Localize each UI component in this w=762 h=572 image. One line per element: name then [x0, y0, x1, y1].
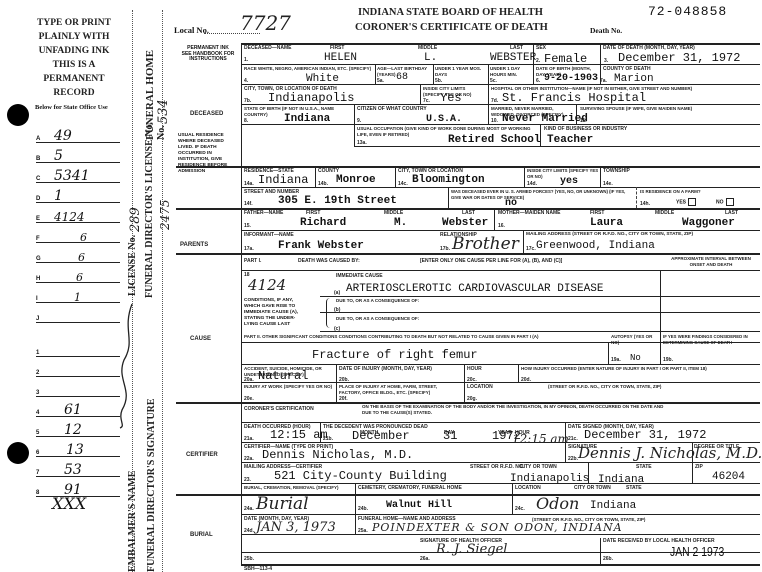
office-row-2: 2 — [36, 362, 120, 377]
coroner-cert-label: CORONER'S CERTIFICATION — [244, 406, 314, 412]
pronounced-day-value: 31 — [443, 430, 457, 442]
item-number: 14c. — [398, 181, 408, 187]
divider — [354, 104, 355, 146]
item-number: 16. — [498, 223, 505, 229]
city-or-town-label: CITY OR TOWN — [520, 464, 557, 470]
place-of-injury-label: PLACE OF INJURY AT HOME, FARM, STREET, F… — [339, 384, 459, 396]
item-number: 19b. — [663, 357, 673, 363]
citizen-value: U.S.A. — [426, 114, 462, 126]
county-of-death-label: COUNTY OF DEATH — [603, 66, 651, 72]
rule — [242, 382, 760, 383]
death-caused-by-label: DEATH WAS CAUSED BY: — [298, 258, 360, 264]
divider — [315, 166, 316, 187]
item-number: 8. — [244, 118, 248, 124]
state-label-2: STATE — [626, 485, 642, 491]
office-row-a: A49 — [36, 128, 120, 143]
item-number: 9. — [357, 118, 361, 124]
item-number: 11. — [580, 118, 587, 124]
death-no-value: 72-048858 — [648, 4, 727, 19]
rule — [242, 364, 760, 365]
item-number: 26b. — [603, 556, 613, 562]
township-label: TOWNSHIP — [603, 168, 630, 174]
location-label: LOCATION — [467, 384, 493, 390]
row-key: I — [36, 296, 38, 302]
date-signed-value: December 31, 1972 — [584, 429, 706, 441]
item-number: 21c. — [568, 436, 578, 442]
item-number: (a) — [334, 290, 340, 296]
item-number: 26a. — [420, 556, 430, 562]
item-number: 14d. — [527, 181, 537, 187]
item-number: 14h. — [640, 201, 650, 207]
office-row-c: C5341 — [36, 168, 120, 183]
instructions-block: TYPE OR PRINT PLAINLY WITH UNFADING INK … — [34, 16, 114, 100]
mailing-address-label: MAILING ADDRESS (STREET OR R.F.D. NO., C… — [526, 232, 693, 238]
office-row-b: B5 — [36, 148, 120, 163]
item-number: 15. — [244, 223, 251, 229]
residence-inside-city-value: yes — [560, 176, 578, 188]
item-number: 7b. — [244, 98, 251, 104]
checkbox[interactable] — [726, 198, 734, 206]
note-line: LYING CAUSE LAST — [244, 322, 298, 328]
item-number: 25b. — [244, 556, 254, 562]
state-label: STATE — [636, 464, 652, 470]
rule — [242, 270, 760, 271]
pronounced-hour-value: 12:15 am — [512, 432, 569, 446]
form-number: SBH—113-4 — [244, 566, 272, 572]
occupation-value: Retired School Teacher — [448, 134, 593, 146]
divider — [494, 208, 495, 230]
office-row-j: J — [36, 308, 120, 323]
how-injury-label: HOW INJURY OCCURRED (ENTER NATURE OF INJ… — [521, 366, 721, 372]
divider — [608, 342, 609, 364]
item-number: 20d. — [521, 377, 531, 383]
no-label: NO — [716, 199, 724, 205]
divider — [375, 64, 376, 84]
street-rfd-label: STREET OR R.F.D. NO. — [470, 464, 524, 470]
cemetery-city-value: Odon — [536, 494, 579, 513]
item-number: (c) — [334, 326, 340, 332]
divider — [523, 230, 524, 253]
office-trailer: XXX — [52, 494, 86, 513]
row-value: 6 — [78, 251, 85, 264]
item-number: 4. — [244, 78, 248, 84]
age-value: 68 — [396, 72, 408, 84]
code-note-value: 4124 — [248, 276, 286, 294]
item-number: 19a. — [611, 357, 621, 363]
divider — [395, 166, 396, 187]
row-key: 3 — [36, 390, 39, 396]
rule — [320, 296, 760, 297]
under-1-day-label: UNDER 1 DAY HOURS MIN. — [490, 66, 532, 78]
street-value: 305 E. 19th Street — [278, 195, 397, 207]
sex-value: Female — [544, 53, 587, 65]
mother-first-label: FIRST — [590, 210, 604, 216]
office-row-e: E4124 — [36, 208, 120, 223]
item-number: 1. — [244, 57, 248, 63]
informant-address-value: Greenwood, Indiana — [536, 240, 655, 252]
burial-date-value: JAN 3, 1973 — [256, 520, 336, 535]
father-label: FATHER—NAME — [244, 210, 283, 216]
divider — [420, 84, 421, 104]
row-value: 53 — [64, 462, 82, 478]
last-label: LAST — [510, 45, 523, 51]
part2-label: PART II. OTHER SIGNIFICANT CONDITIONS CO… — [244, 334, 604, 340]
item-number: 22a. — [244, 456, 254, 462]
divider — [518, 364, 519, 382]
location-label-2: LOCATION — [515, 485, 541, 491]
item-number: 20b. — [339, 377, 349, 383]
farm-yes-checkbox[interactable]: YES — [676, 198, 696, 206]
cemetery-label: CEMETERY, CREMATORY, FUNERAL HOME — [358, 485, 462, 491]
license-no: 289 — [128, 207, 143, 232]
first-name-value: HELEN — [324, 52, 357, 64]
instruction-line: TYPE OR PRINT — [34, 16, 114, 30]
marital-value: Never Married — [502, 113, 588, 125]
father-first-label: FIRST — [306, 210, 320, 216]
divider — [241, 43, 242, 566]
residence-state-value: Indiana — [258, 174, 308, 186]
funeral-home-no-label: No. — [156, 125, 167, 140]
office-row-7: 753 — [36, 462, 120, 477]
sex-label: SEX — [536, 45, 546, 51]
date-received-value: JAN 2 1973 — [670, 544, 724, 559]
item-number: 24b. — [358, 506, 368, 512]
divider — [336, 364, 337, 402]
row-key: G — [36, 256, 41, 262]
divider — [533, 43, 534, 85]
last-name-value: WEBSTER — [490, 52, 536, 64]
father-first-value: Richard — [300, 217, 346, 229]
rule — [242, 230, 760, 231]
immediate-cause-value: ARTERIOSCLEROTIC CARDIOVASCULAR DISEASE — [346, 283, 603, 295]
conditions-note: CONDITIONS, IF ANY, WHICH GAVE RISE TO I… — [244, 298, 298, 328]
office-row-h: H6 — [36, 268, 120, 283]
divider — [636, 187, 638, 208]
county-of-death-value: Marion — [614, 73, 654, 85]
certifier-name-value: Dennis Nicholas, M.D. — [262, 449, 413, 461]
death-hour-value: 12:15 am — [270, 429, 328, 441]
ink-note: PERMANENT INK SEE HANDBOOK FOR INSTRUCTI… — [176, 46, 240, 63]
divider — [660, 270, 661, 342]
yes-label: YES — [676, 199, 686, 205]
residence-county-value: Monroe — [336, 174, 376, 186]
mother-last-label: LAST — [725, 210, 738, 216]
burial-method-value: Burial — [256, 494, 309, 514]
divider — [488, 104, 489, 124]
row-key: 4 — [36, 410, 39, 416]
divider — [660, 342, 661, 364]
office-row-i: I1 — [36, 288, 120, 303]
item-number: 20e. — [244, 396, 254, 402]
due-to-label-a: DUE TO, OR AS A CONSEQUENCE OF: — [336, 298, 419, 304]
row-key: 5 — [36, 430, 39, 436]
item-number: 7c. — [423, 98, 430, 104]
row-value: 6 — [80, 231, 87, 244]
punch-hole-top — [7, 104, 29, 126]
item-number: 17a. — [244, 246, 254, 252]
rule — [242, 462, 760, 463]
due-to-label-b: DUE TO, OR AS A CONSEQUENCE OF: — [336, 316, 419, 322]
item-number: 5b. — [435, 78, 442, 84]
funeral-directors-license-no: 2475 — [158, 199, 172, 230]
row-key: 7 — [36, 470, 39, 476]
immediate-cause-label: IMMEDIATE CAUSE — [336, 273, 383, 279]
location-detail-label: (STREET OR R.F.D. NO., CITY OR TOWN, STA… — [548, 384, 661, 390]
city-of-death-value: Indianapolis — [268, 92, 354, 104]
row-key: C — [36, 176, 40, 182]
item-number: 20a. — [244, 377, 254, 383]
office-row-1: 1 — [36, 342, 120, 357]
hospital-value: St. Francis Hospital — [502, 92, 646, 104]
city-or-town-label-2: CITY OR TOWN — [574, 485, 611, 491]
row-value: 5 — [54, 148, 63, 164]
office-row-g: G6 — [36, 248, 120, 263]
item-number: 14a. — [244, 181, 254, 187]
section-certifier: CERTIFIER — [186, 452, 218, 458]
armed-forces-label: WAS DECEASED EVER IN U. S. ARMED FORCES?… — [451, 189, 633, 201]
father-middle-label: MIDDLE — [384, 210, 403, 216]
part1-label: PART I. — [244, 258, 261, 264]
section-burial: BURIAL — [190, 532, 213, 538]
row-value: 1 — [74, 291, 81, 304]
first-label: FIRST — [330, 45, 344, 51]
item-number: 7d. — [491, 98, 498, 104]
rule — [242, 564, 760, 566]
funeral-directors-license-label: FUNERAL DIRECTOR'S LICENSE No. — [144, 122, 155, 298]
item-number: 13a. — [357, 140, 367, 146]
certifier-address-value: 521 City-County Building — [274, 470, 447, 482]
divider — [488, 64, 489, 104]
note-line: ADMISSION — [178, 169, 227, 175]
rule — [320, 331, 760, 332]
state-office-label: Below for State Office Use — [35, 104, 108, 111]
local-no-value: 7727 — [240, 11, 291, 35]
cemetery-state-value: Indiana — [590, 500, 636, 512]
rule — [354, 146, 760, 147]
divider — [600, 538, 601, 564]
funeral-directors-signature-label: FUNERAL DIRECTOR'S SIGNATURE — [146, 398, 157, 572]
item-number: 5a. — [377, 78, 384, 84]
degree-label: DEGREE OR TITLE — [694, 444, 739, 450]
divider — [464, 382, 465, 402]
row-value: 5341 — [54, 168, 90, 184]
office-row-3: 3 — [36, 382, 120, 397]
row-value: 6 — [76, 271, 83, 284]
middle-label: MIDDLE — [418, 45, 437, 51]
row-value: 61 — [64, 402, 82, 418]
father-last-label: LAST — [462, 210, 475, 216]
item-number: 21b. — [323, 436, 333, 442]
item-number: 20c. — [467, 377, 477, 383]
cemetery-value: Walnut Hill — [386, 500, 452, 512]
rule — [242, 514, 760, 515]
divider — [355, 483, 356, 534]
row-key: D — [36, 196, 40, 202]
armed-forces-value: no — [505, 198, 517, 210]
one-cause-label: [ENTER ONLY ONE CAUSE PER LINE FOR (a), … — [420, 258, 562, 264]
rule — [320, 312, 760, 313]
item-number: 14b. — [318, 181, 328, 187]
relationship-value: Brother — [452, 234, 519, 254]
row-key: 2 — [36, 370, 39, 376]
business-label: KIND OF BUSINESS OR INDUSTRY — [544, 126, 627, 132]
instruction-line: PLAINLY WITH — [34, 30, 114, 44]
item-number: 24d. — [244, 528, 254, 534]
item-number: 21a. — [244, 436, 254, 442]
row-key: J — [36, 316, 39, 322]
date-of-death-value: December 31, 1972 — [618, 52, 740, 64]
ink-note-line: INSTRUCTIONS — [176, 57, 240, 63]
funeral-home-no: 534 — [156, 99, 171, 124]
office-row-f: F6 — [36, 228, 120, 243]
autopsy-value: No — [630, 352, 641, 364]
row-key: A — [36, 136, 40, 142]
spouse-label: SURVIVING SPOUSE (IF WIFE, GIVE MAIDEN N… — [580, 106, 692, 112]
cert-text: ON THE BASIS OF THE EXAMINATION OF THE B… — [362, 404, 672, 416]
middle-name-value: L. — [424, 52, 437, 64]
checkbox[interactable] — [688, 198, 696, 206]
other-conditions-value: Fracture of right femur — [312, 349, 478, 361]
certifier-zip-value: 46204 — [712, 471, 745, 483]
father-middle-value: M. — [394, 217, 407, 229]
rule — [242, 483, 760, 484]
mother-first-value: Laura — [590, 217, 623, 229]
father-last-value: Webster — [442, 217, 488, 229]
item-number: 17c. — [526, 246, 536, 252]
instruction-line: RECORD — [34, 86, 114, 100]
informant-value: Frank Webster — [278, 240, 364, 252]
mother-middle-label: MIDDLE — [655, 210, 674, 216]
row-key: E — [36, 216, 40, 222]
residence-note: USUAL RESIDENCE WHERE DECEASED LIVED. IF… — [178, 133, 227, 175]
funeral-home-value: POINDEXTER & SON ODON, INDIANA — [372, 521, 623, 534]
office-row-5: 512 — [36, 422, 120, 437]
row-key: B — [36, 156, 40, 162]
autopsy-label: AUTOPSY (YES OR NO) — [611, 334, 657, 346]
certifier-city-value: Indianapolis — [510, 473, 589, 485]
section-deceased: DECEASED — [190, 111, 223, 117]
divider — [512, 483, 513, 514]
license-no-label: LICENSE No. — [127, 235, 138, 296]
item-number: 20f. — [339, 396, 348, 402]
item-number: 20g. — [467, 396, 477, 402]
row-key: 8 — [36, 490, 39, 496]
date-of-injury-label: DATE OF INJURY (MONTH, DAY, YEAR) — [339, 366, 432, 372]
race-value: White — [306, 73, 339, 85]
burial-method-label: BURIAL, CREMATION, REMOVAL (SPECIFY) — [244, 485, 352, 491]
manner-value: Natural — [258, 370, 308, 382]
farm-label: IS RESIDENCE ON A FARM? — [640, 189, 701, 195]
item-number: 10. — [491, 118, 498, 124]
residence-city-value: Bloomington — [412, 174, 485, 186]
instruction-line: PERMANENT — [34, 72, 114, 86]
item-number: 24c. — [515, 506, 525, 512]
race-label: RACE WHITE, NEGRO, AMERICAN INDIAN, ETC.… — [244, 66, 372, 72]
divider — [433, 64, 434, 84]
section-cause: CAUSE — [190, 336, 211, 342]
item-number: 23. — [244, 477, 251, 483]
zip-label: ZIP — [695, 464, 703, 470]
item-number: 17b. — [440, 246, 450, 252]
embalmer-signature — [112, 300, 138, 430]
office-row-6: 613 — [36, 442, 120, 457]
instruction-line: THIS IS A — [34, 58, 114, 72]
item-number: (b) — [334, 307, 340, 313]
interval-label: APPROXIMATE INTERVAL BETWEEN ONSET AND D… — [664, 256, 758, 268]
item-number: 2. — [536, 58, 540, 64]
item-number: 22b. — [568, 456, 578, 462]
divider — [464, 364, 465, 382]
divider — [162, 10, 163, 572]
informant-label: INFORMANT—NAME — [244, 232, 294, 238]
inside-city-limits-value: Yes — [440, 92, 462, 104]
date-of-birth-value: 9-20-1903 — [544, 73, 598, 85]
item-number: 6. — [536, 78, 540, 84]
item-number: 24a. — [244, 506, 254, 512]
farm-no-checkbox[interactable]: NO — [716, 198, 734, 206]
mother-label: MOTHER—MAIDEN NAME — [498, 210, 561, 216]
under-1-year-label: UNDER 1 YEAR MOS. DAYS — [435, 66, 485, 78]
instruction-line: UNFADING INK — [34, 44, 114, 58]
citizen-label: CITIZEN OF WHAT COUNTRY — [357, 106, 427, 112]
rule — [242, 187, 760, 188]
item-number: 7a. — [600, 78, 607, 84]
punch-hole-bottom — [7, 442, 29, 464]
hour-label: HOUR — [467, 366, 482, 372]
office-row-d: D1 — [36, 188, 120, 203]
item-number: 14f. — [244, 201, 253, 207]
certificate-title: CORONER'S CERTIFICATE OF DEATH — [355, 22, 548, 33]
section-parents: PARENTS — [180, 242, 208, 248]
divider — [524, 166, 525, 187]
row-key: H — [36, 276, 40, 282]
divider — [448, 187, 449, 208]
deceased-name-label: DECEASED—NAME — [244, 45, 292, 51]
injury-at-work-label: INJURY AT WORK (SPECIFY YES OR NO) — [244, 384, 334, 390]
pronounced-month-value: December — [352, 430, 410, 442]
row-value: 13 — [66, 442, 84, 458]
row-key: 1 — [36, 350, 39, 356]
agency-title: INDIANA STATE BOARD OF HEALTH — [358, 7, 543, 18]
item-number: 25a. — [358, 528, 368, 534]
row-value: 1 — [54, 188, 63, 204]
state-of-birth-value: Indiana — [284, 113, 330, 125]
row-value: 12 — [64, 422, 82, 438]
findings-label: IF YES WERE FINDINGS CONSIDERED IN DETER… — [663, 334, 758, 346]
bracket — [326, 298, 331, 328]
row-value: 49 — [54, 128, 72, 144]
item-number: 5c. — [490, 78, 497, 84]
mother-last-value: Waggoner — [682, 217, 735, 229]
embalmers-name-label: EMBALMER'S NAME — [127, 471, 138, 572]
item-number: 14e. — [603, 181, 613, 187]
divider — [600, 166, 601, 187]
row-key: F — [36, 236, 40, 242]
row-value: 4124 — [54, 210, 85, 224]
office-row-4: 461 — [36, 402, 120, 417]
item-number: 3. — [604, 58, 608, 64]
health-officer-signature: R. J. Siegel — [436, 542, 507, 557]
death-no-label: Death No. — [590, 26, 622, 35]
row-key: 6 — [36, 450, 39, 456]
